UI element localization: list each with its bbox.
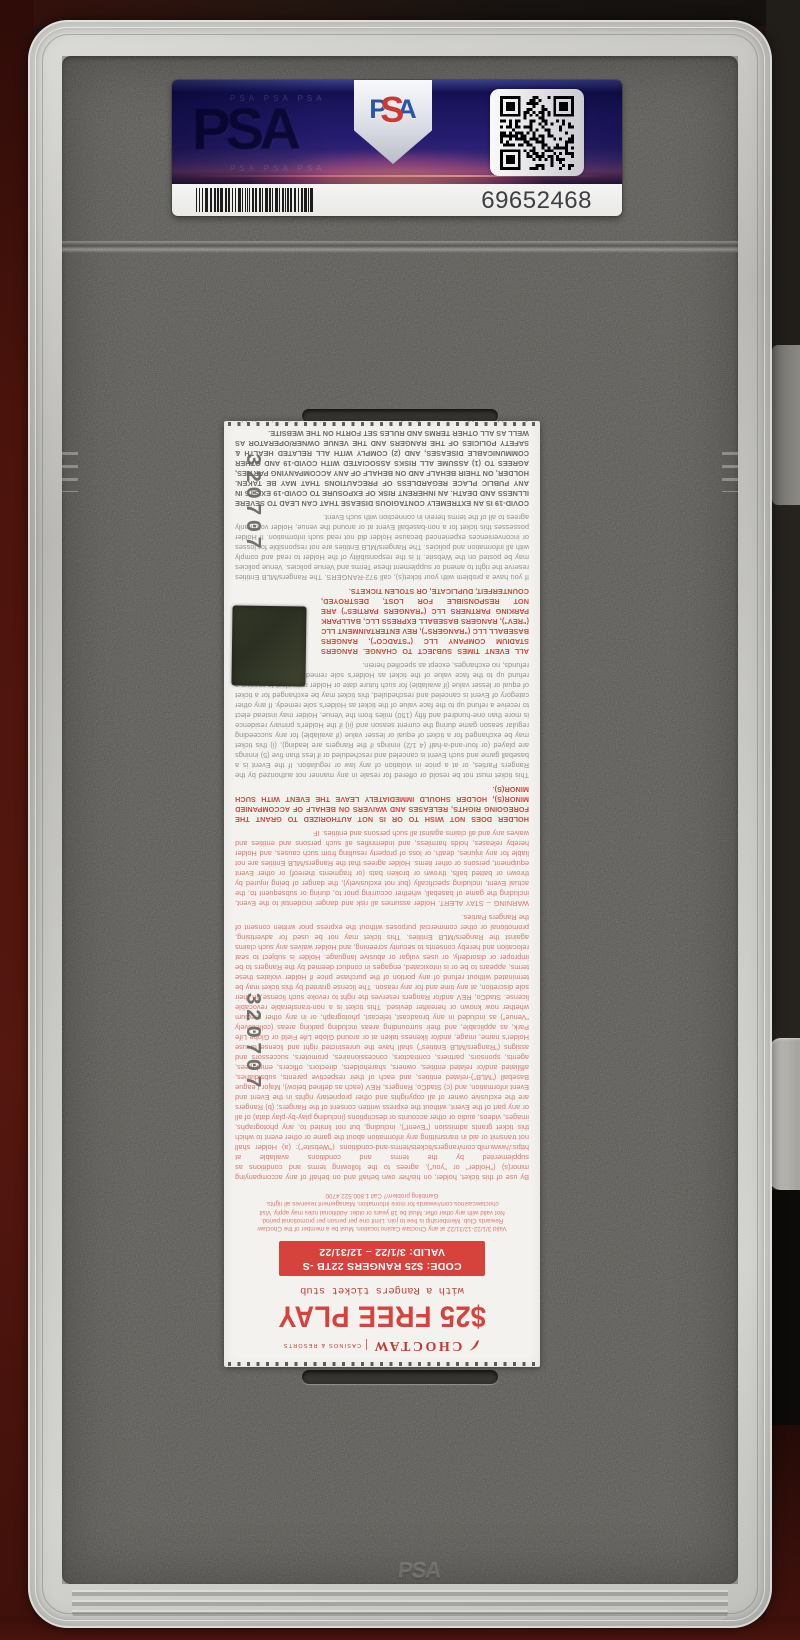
- ticket-legal-text: By use of this ticket, holder, on his/he…: [235, 421, 529, 1182]
- feather-icon: [467, 1338, 481, 1352]
- psa-emboss: PSA: [397, 1558, 442, 1584]
- offer-terms: Valid 3/1/22-12/31/22 at any Choctaw Cas…: [255, 1191, 509, 1232]
- ticket-paragraph-covid: COVID-19 IS AN EXTREMELY CONTAGIOUS DISE…: [235, 428, 529, 508]
- holder-slot-bottom: [302, 1370, 498, 1384]
- ticket-serial-number: 320707: [239, 437, 263, 569]
- offer-code-line: CODE: $25 RANGERS 22TB -S: [281, 1259, 483, 1273]
- privacy-sticker: [231, 605, 306, 686]
- psa-logo-letter-p: P: [369, 96, 387, 123]
- background-right-wedge: [772, 345, 800, 505]
- cert-number: 69652468: [481, 187, 592, 215]
- ticket-back-content: CHOCTAW CASINOS & RESORTS $25 FREE PLAY …: [224, 421, 540, 1367]
- psa-hologram-ghost-logo: PSA: [192, 96, 296, 163]
- photo-stage: PSA PSA PSA PSA PSA PSA PSA PSA P S A 69…: [0, 0, 800, 1640]
- ticket-paragraph-event-times: ALL EVENT TIMES SUBJECT TO CHANGE. RANGE…: [321, 586, 529, 656]
- holder-groove-left: [62, 452, 78, 492]
- graded-ticket: CHOCTAW CASINOS & RESORTS $25 FREE PLAY …: [224, 421, 540, 1367]
- offer-headline: $25 FREE PLAY: [235, 1299, 529, 1332]
- label-barcode-strip: 69652468: [172, 184, 622, 216]
- psa-cert-label: PSA PSA PSA PSA PSA PSA PSA P S A 696524…: [172, 80, 622, 216]
- ticket-serial-number: 320707: [239, 976, 263, 1108]
- ticket-paragraph-minors: HOLDER DOES NOT WISH TO OR IS NOT AUTHOR…: [235, 784, 529, 824]
- psa-logo-letter-a: A: [397, 96, 417, 123]
- choctaw-name: CHOCTAW: [372, 1337, 462, 1353]
- holder-groove-right: [722, 452, 738, 492]
- hologram-micro-text: PSA PSA PSA: [230, 164, 326, 173]
- ticket-paragraph-accompanying: As used herein, "Accompanying Party" mea…: [235, 421, 529, 424]
- ticket-paragraph-license: By use of this ticket, holder, on his/he…: [235, 912, 529, 1182]
- barcode-icon: [196, 188, 346, 212]
- offer-subline: with a Rangers ticket stub: [235, 1284, 529, 1296]
- choctaw-logo: CHOCTAW CASINOS & RESORTS: [235, 1337, 529, 1353]
- hologram-glow: [253, 152, 541, 184]
- offer-code-banner: CODE: $25 RANGERS 22TB -S VALID: 3/1/22 …: [279, 1241, 485, 1276]
- logo-divider: [366, 1340, 367, 1351]
- ticket-paragraph-warning: WARNING – STAY ALERT. Holder assumes all…: [235, 828, 529, 908]
- offer-valid-line: VALID: 3/1/22 – 12/31/22: [281, 1245, 483, 1259]
- hologram-streak: [190, 175, 604, 177]
- label-hologram-area: PSA PSA PSA PSA PSA PSA PSA P S A: [172, 80, 622, 184]
- label-compartment-groove: [62, 241, 738, 253]
- hologram-micro-text: PSA PSA PSA: [230, 94, 326, 103]
- slab-bottom-ridges: [72, 1590, 728, 1620]
- psa-logo-letter-s: S: [380, 92, 404, 128]
- ticket-paragraph-problem: If you have a problem with your ticket(s…: [235, 512, 529, 582]
- ticket-paragraph-event-times-wrap: ALL EVENT TIMES SUBJECT TO CHANGE. RANGE…: [235, 586, 529, 656]
- qr-code-icon: [490, 89, 584, 176]
- background-right-tab: [769, 1038, 800, 1190]
- choctaw-tagline: CASINOS & RESORTS: [283, 1342, 361, 1348]
- psa-shield-logo: P S A: [354, 80, 432, 164]
